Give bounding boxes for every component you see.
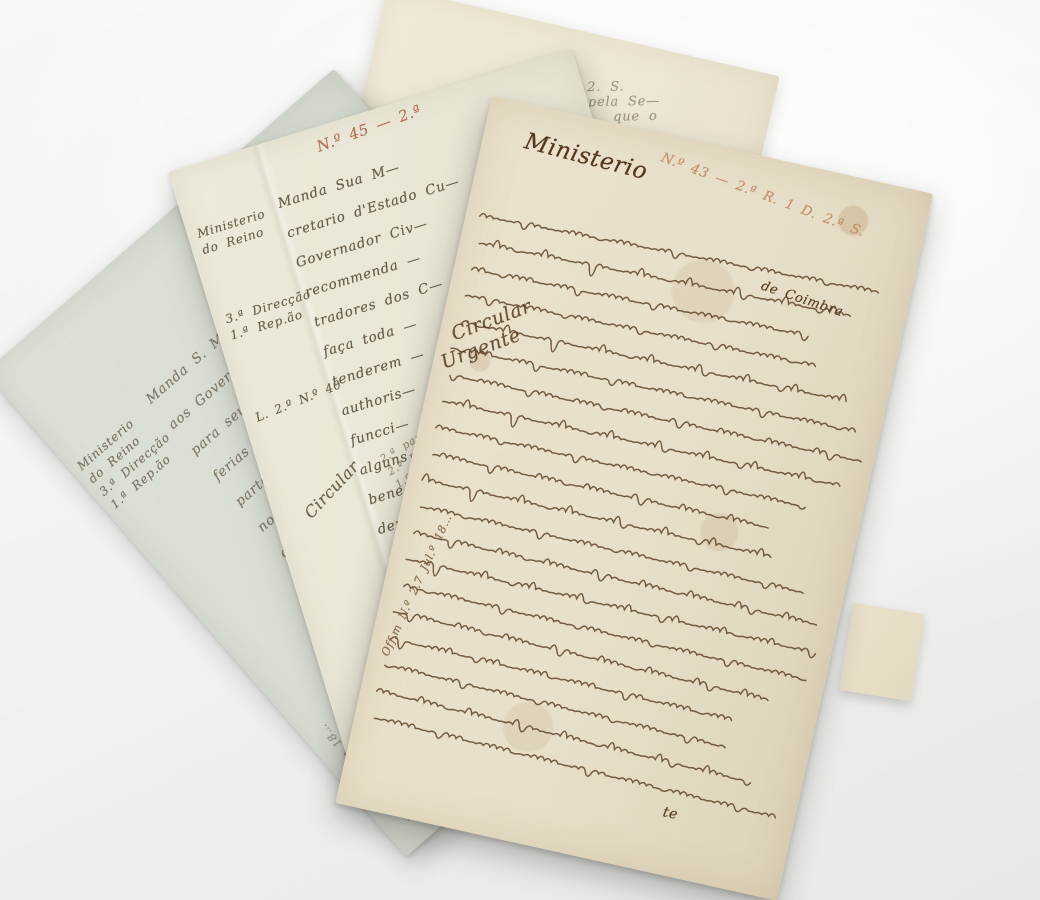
ministry-margin-middle: Ministeriodo Reino [195, 206, 272, 259]
back-page-line: que o [613, 109, 660, 125]
photo-of-manuscripts: O. 2. S. …inhas, pela Se— que o N.º 53 M… [0, 0, 1040, 900]
register-number: L. 2.º N.º 40 [253, 377, 343, 424]
back-sheet-corner [840, 603, 925, 701]
direccao-margin-middle: 3.ª Direcção1.ª Rep.ão [223, 286, 318, 344]
circular-label-middle: Circular [300, 457, 363, 522]
